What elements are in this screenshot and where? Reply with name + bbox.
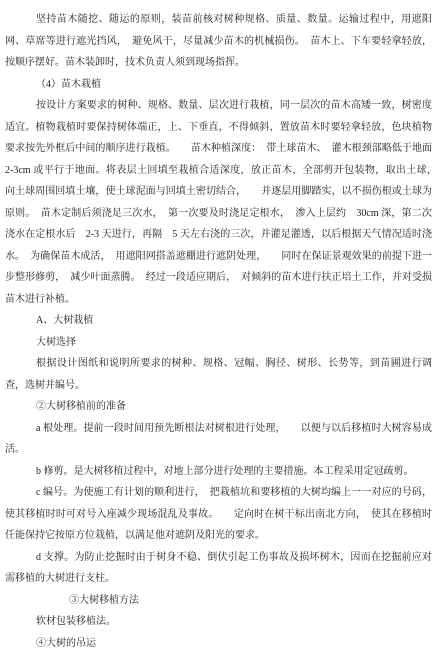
para-tree-selection: 根据设计图纸和说明所要求的树种、规格、冠幅、胸径、树形、长势等，到苗圃进行调查，…: [5, 353, 432, 396]
heading-preparation-before-transplant: ②大树移植前的准备: [5, 396, 432, 418]
para-support: d 支撑。为防止挖掘时由于树身不稳、倒伏引起工伤事故及损坏树木，因而在挖掘前应对…: [5, 547, 432, 590]
para-root-treatment: a 根处理。提前一段时间用预先断根法对树根进行处理， 以便与以后移植时大树容易成…: [5, 418, 432, 461]
document-page: 坚持苗木随挖、随运的原则，装苗前核对树种规格、质量、数量。运输过程中，用遮阳网、…: [0, 0, 437, 660]
para-soft-packing-method: 软材包装移植法。: [5, 611, 432, 633]
para-pruning: b 修剪。是大树移植过程中，对地上部分进行处理的主要措施。本工程采用定冠疏剪。: [5, 461, 432, 483]
heading-transplant-method: ③大树移植方法: [5, 590, 432, 612]
heading-large-tree-planting: A、大树栽植: [5, 310, 432, 332]
para-planting-requirements: 按设计方案要求的树种、规格、数量、层次进行栽植，同一层次的苗木高矮一致，树密度适…: [5, 95, 432, 310]
para-numbering: c 编号。为使施工有计划的顺利进行， 把栽植坑和要移植的大树均编上一一对应的号码…: [5, 482, 432, 547]
heading-tree-lifting: ④大树的吊运: [5, 633, 432, 655]
para-seedling-transport: 坚持苗木随挖、随运的原则，装苗前核对树种规格、质量、数量。运输过程中，用遮阳网、…: [5, 9, 432, 74]
heading-seedling-planting: （4）苗木栽植: [5, 74, 432, 96]
heading-tree-selection: 大树选择: [5, 332, 432, 354]
